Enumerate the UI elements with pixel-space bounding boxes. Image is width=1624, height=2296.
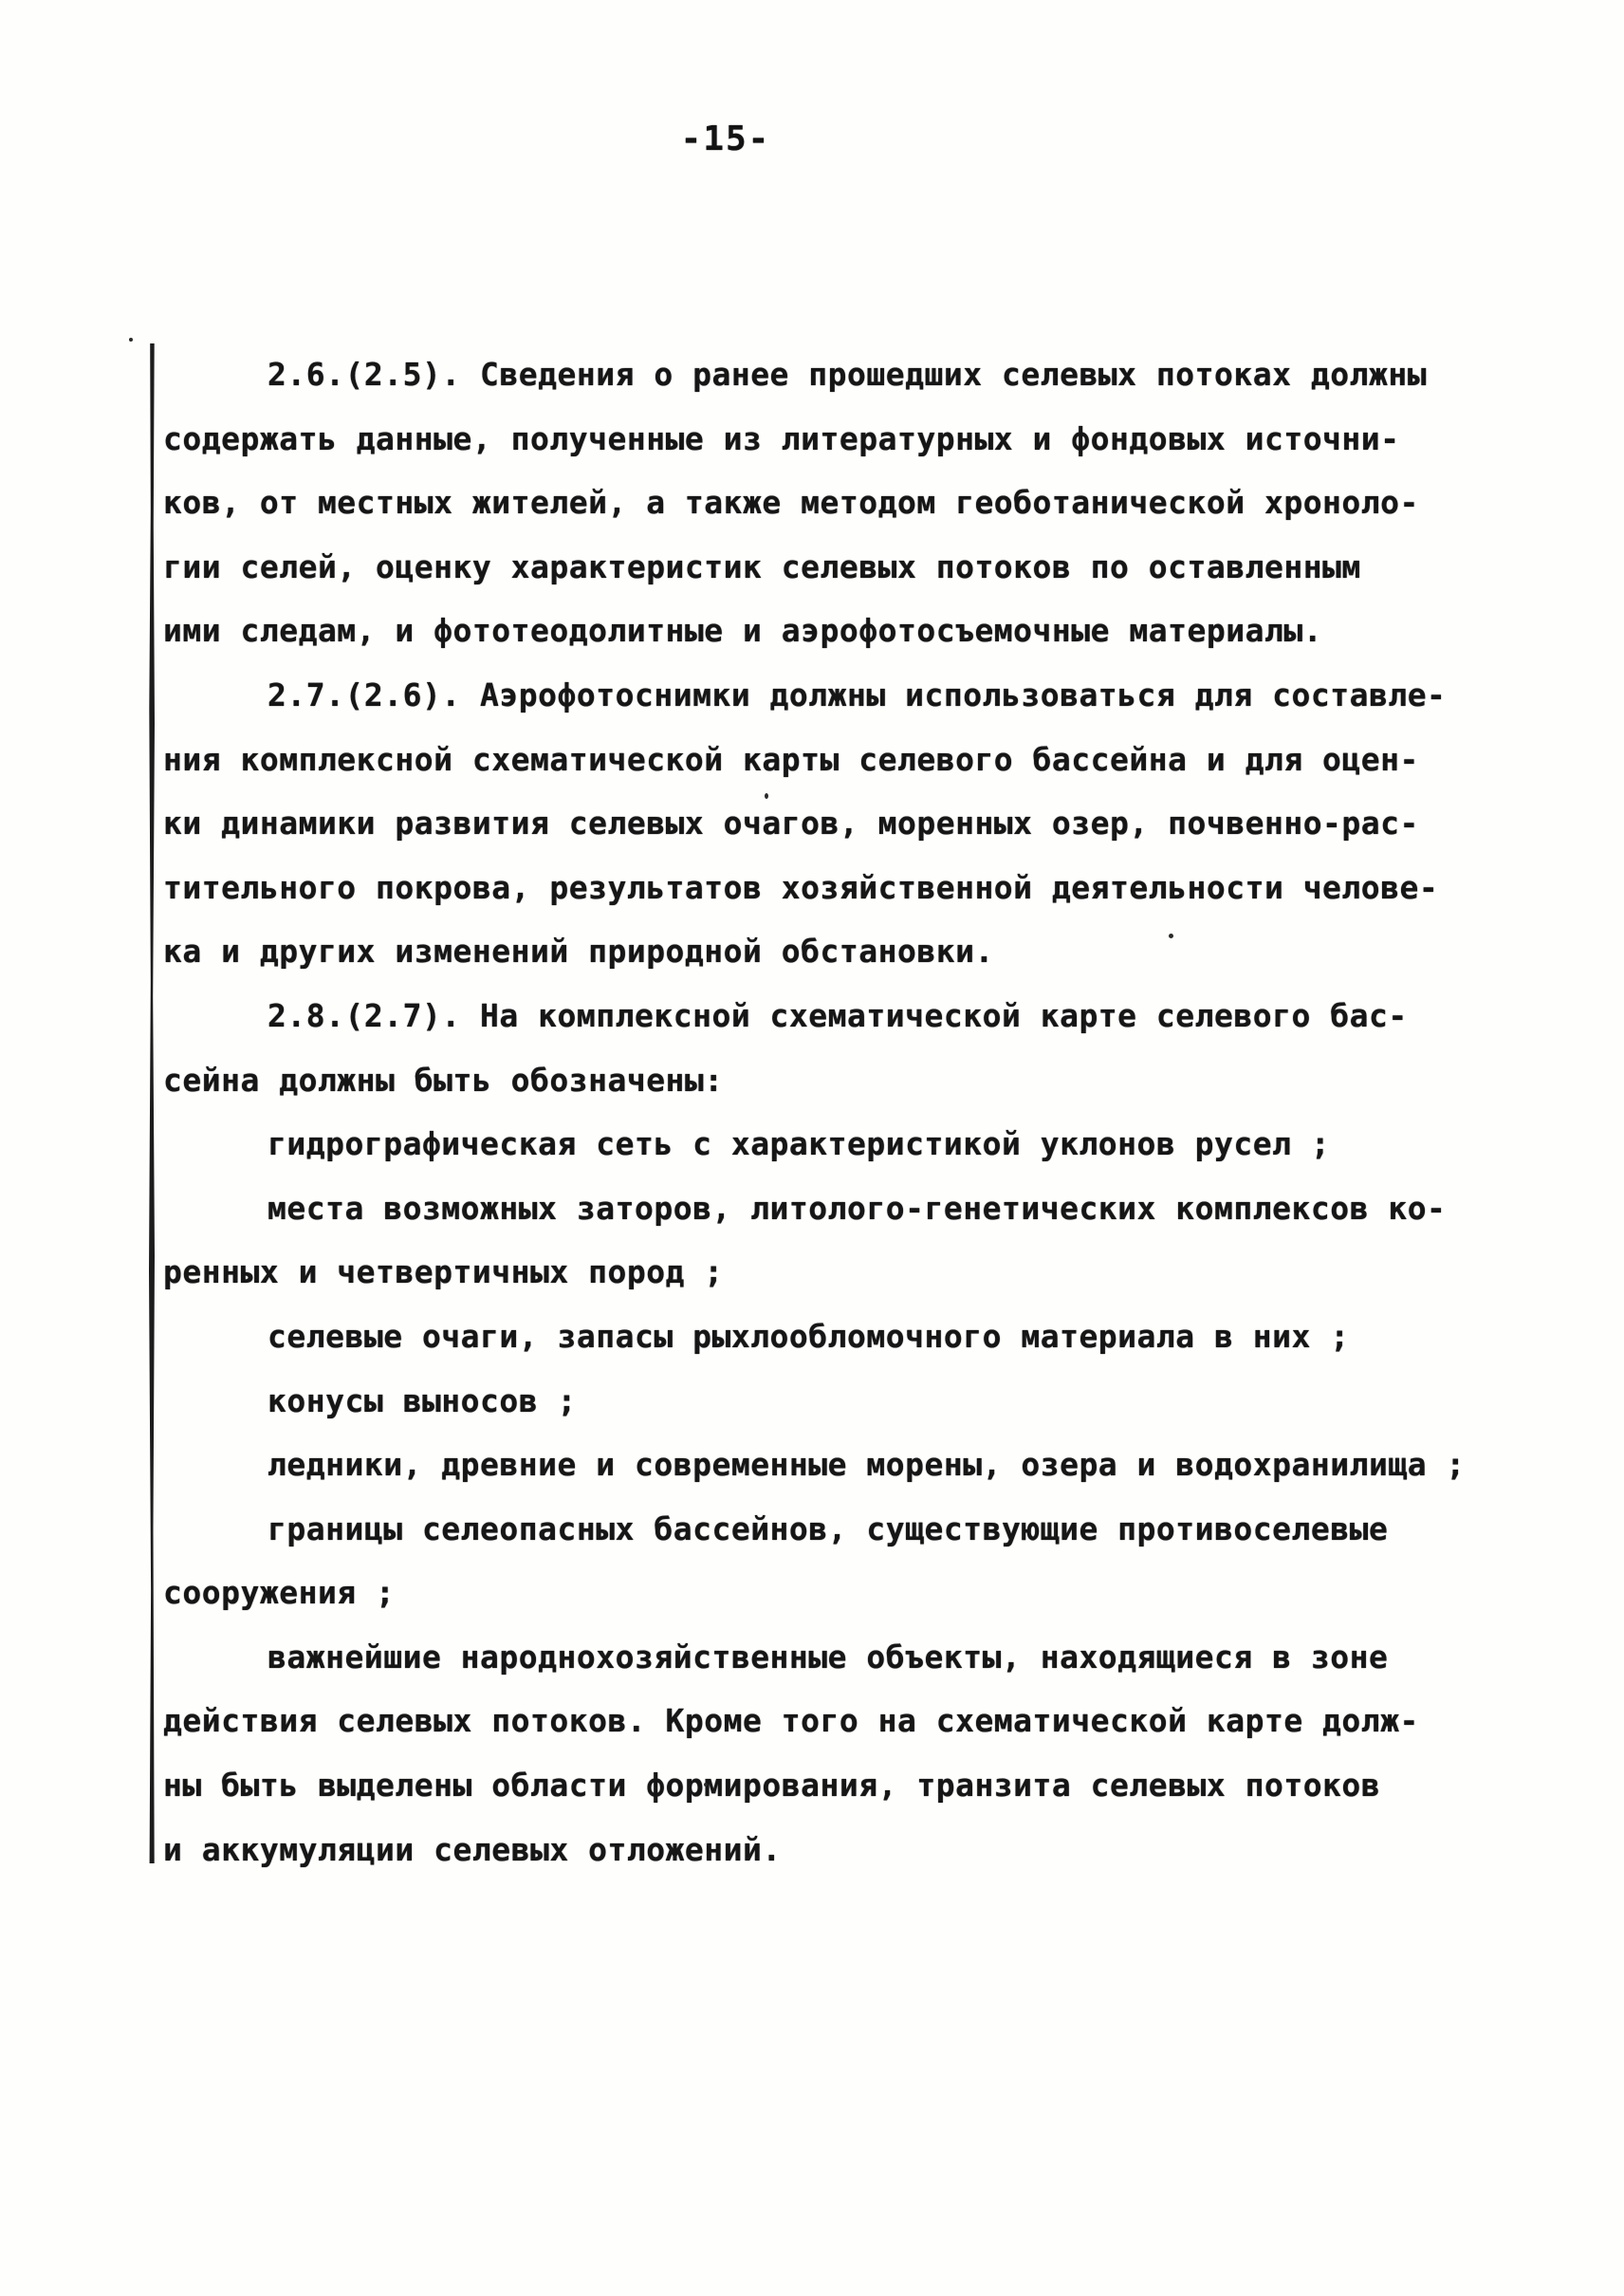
text-line: ны быть выделены области формирования, т… [163,1753,1510,1818]
scan-speck [704,1783,708,1787]
scan-speck [765,793,768,799]
text-line: ледники, древние и современные морены, о… [163,1433,1510,1497]
text-line: ка и других изменений природной обстанов… [163,919,1510,984]
document-text: 2.6.(2.5). Сведения о ранее прошедших се… [163,343,1510,1881]
text-line: ки динамики развития селевых очагов, мор… [163,791,1510,856]
text-line: 2.6.(2.5). Сведения о ранее прошедших се… [163,343,1510,407]
text-line: содержать данные, полученные из литерату… [163,407,1510,472]
text-line: гидрографическая сеть с характеристикой … [163,1112,1510,1176]
text-line: 2.8.(2.7). На комплексной схематической … [163,984,1510,1048]
text-line: 2.7.(2.6). Аэрофотоснимки должны использ… [163,663,1510,728]
text-line: сейна должны быть обозначены: [163,1048,1510,1113]
text-line: селевые очаги, запасы рыхлообломочного м… [163,1305,1510,1369]
left-margin-line [149,343,155,1863]
text-line: действия селевых потоков. Кроме того на … [163,1689,1510,1753]
text-line: ими следам, и фототеодолитные и аэрофото… [163,599,1510,663]
document-page: -15- 2.6.(2.5). Сведения о ранее прошедш… [0,0,1624,2296]
text-line: границы селеопасных бассейнов, существую… [163,1497,1510,1562]
text-line: тительного покрова, результатов хозяйств… [163,856,1510,920]
text-line: и аккумуляции селевых отложений. [163,1818,1510,1882]
scan-speck [1169,934,1173,938]
text-line: ния комплексной схематической карты селе… [163,728,1510,792]
text-line: места возможных заторов, литолого-генети… [163,1176,1510,1241]
page-number: -15- [0,120,1451,158]
text-line: конусы выносов ; [163,1369,1510,1434]
text-line: гии селей, оценку характеристик селевых … [163,535,1510,600]
text-line: ренных и четвертичных пород ; [163,1240,1510,1305]
scan-speck [129,338,133,342]
text-line: ков, от местных жителей, а также методом… [163,471,1510,535]
text-line: важнейшие народнохозяйственные объекты, … [163,1625,1510,1690]
text-line: сооружения ; [163,1561,1510,1625]
